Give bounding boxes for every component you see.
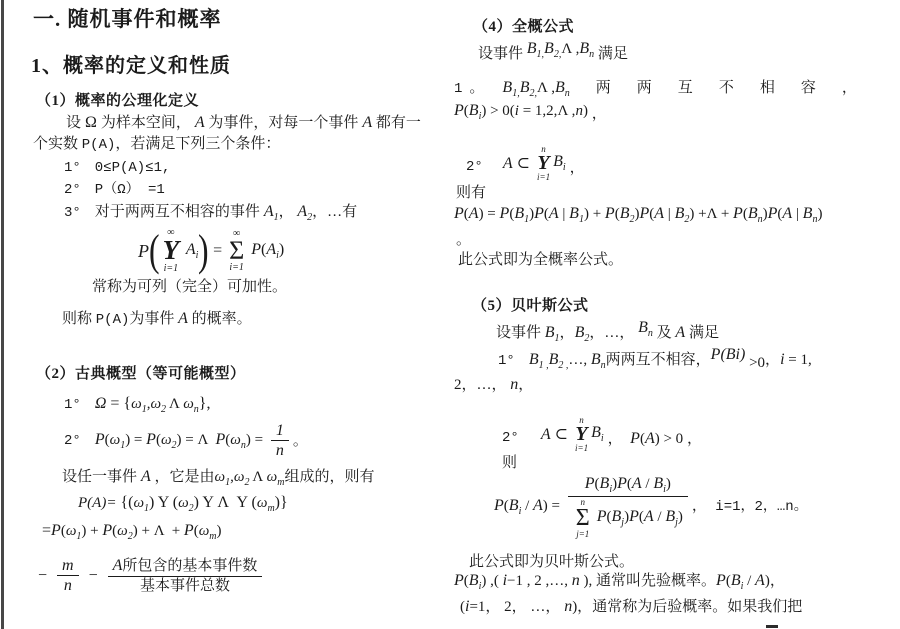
cutoff-character-mark: [766, 625, 778, 628]
page-left-border: [1, 0, 4, 629]
bayes-tail: ， i=1，2，…n。: [692, 497, 808, 517]
left-paren: (: [149, 231, 160, 271]
event-count-fraction: A所包含的基本事件数 基本事件总数: [108, 557, 263, 595]
union-operator-stack: n Y i=1: [575, 416, 588, 453]
union-operator-stack: ∞ Y i=1: [163, 228, 180, 274]
bayes-formula: P(Bi / A) = P(Bi)P(A / Bi) n Σ j=1 P(Bj)…: [494, 471, 808, 543]
bayes-condition-1-wrap: 2，…， n，: [454, 375, 533, 395]
classical-item-2: 2° P(ω1) = P(ω2) = Λ P(ωn) = 1 n 。: [64, 419, 308, 463]
countable-additivity-formula: P ( ∞ Y i=1 Ai ) = ∞ Σ i=1 P(Ai): [138, 224, 284, 278]
wrapped-period: 。: [456, 231, 471, 250]
right-paren: ): [198, 231, 209, 271]
union-operator: Y: [163, 238, 180, 264]
dash-1: −: [38, 566, 47, 586]
classical-probability-result: − m n − A所包含的基本事件数 基本事件总数: [38, 550, 266, 602]
classical-model-heading: （2）古典概型（等可能概型）: [36, 365, 246, 384]
item-marker: 2°: [502, 430, 519, 454]
then-have-label: 则有: [456, 184, 486, 203]
sigma-operator: Σ: [229, 239, 244, 264]
bayes-fraction: P(Bi)P(A / Bi) n Σ j=1 P(Bj)P(A / Bj): [568, 475, 688, 538]
sum-expansion-line: =P(ω1) + P(ω2) + Λ + P(ωm): [42, 521, 222, 544]
probability-conclusion: 则称 P(A)为事件 A 的概率。: [62, 309, 252, 330]
limit-bottom: j=1: [576, 530, 589, 539]
sigma-operator-stack: ∞ Σ i=1: [229, 229, 244, 274]
bayes-events-line: 设事件 B1，B2，…， Bn 及 A 满足: [496, 323, 719, 346]
then-label: 则: [502, 454, 517, 473]
equals-sign: =: [209, 241, 226, 261]
formula-arg: Ai: [182, 240, 198, 263]
limit-bottom: i=1: [537, 173, 550, 182]
posterior-probability-line: (i=1， 2， …， n)，通常称为后验概率。如果我们把: [460, 597, 802, 617]
doc-title: 一. 随机事件和概率: [33, 6, 222, 32]
tp-condition-1: 1。B1,B2,Λ ,Bn两两互不相容，: [454, 78, 857, 101]
bayes-condition-1: 1° B1 ,B2 ,…, Bn两两互不相容，P(Bi) >0，i = 1,: [498, 350, 812, 373]
additivity-caption: 常称为可列（完全）可加性。: [92, 278, 287, 297]
tp-positivity-line: P(Bi) > 0(i = 1,2,Λ ,n) ，: [454, 101, 607, 124]
union-operator: Y: [537, 154, 549, 173]
total-probability-heading: （4）全概公式: [473, 18, 574, 37]
one-over-n-fraction: 1 n: [271, 422, 289, 461]
union-expansion-line: P(A)= {(ω1) Y (ω2) Y Λ Y (ωm)}: [78, 493, 288, 516]
limit-bottom: i=1: [164, 264, 179, 274]
limit-bottom: i=1: [575, 444, 588, 453]
total-probability-formula: P(A) = P(B1)P(A | B1) + P(B2)P(A | B2) +…: [454, 204, 822, 227]
bayes-note: 此公式即为贝叶斯公式。: [469, 553, 634, 572]
m-over-n-fraction: m n: [57, 557, 79, 596]
subset-union-formula: A ⊂ n Y i=1 Bi: [541, 416, 604, 453]
axiom-item-2: 2° P（Ω） =1: [64, 180, 165, 200]
section-1-title: 1、概率的定义和性质: [31, 54, 231, 79]
tp-condition-2: 2° A ⊂ n Y i=1 Bi ，: [466, 126, 585, 182]
bayes-lhs: P(Bi / A) =: [494, 496, 564, 519]
union-operator: Y: [575, 425, 587, 444]
prior-probability-line: P(Bi) ,( i−1 , 2 ,…, n ), 通常叫先验概率。P(Bi /…: [454, 571, 785, 594]
total-probability-note: 此公式即为全概率公式。: [458, 251, 623, 270]
tp-events-line: 设事件 B1,B2,Λ ,Bn 满足: [478, 44, 628, 67]
axiom-intro-line-2: 个实数 P(A)，若满足下列三个条件：: [33, 135, 280, 155]
item-marker: 2°: [466, 159, 483, 183]
axiom-item-1: 1° 0≤P(A)≤1,: [64, 158, 170, 178]
subset-union-formula: A ⊂ n Y i=1 Bi: [503, 145, 566, 182]
axiom-intro-line-1: 设 Ω 为样本空间， A 为事件，对每一个事件 A 都有一: [66, 113, 421, 133]
formula-p: P: [138, 240, 149, 263]
union-operator-stack: n Y i=1: [537, 145, 550, 182]
event-composition-line: 设任一事件 A ，它是由ω1,ω2 Λ ωm组成的，则有: [62, 467, 374, 490]
classical-item-1: 1° Ω = {ω1,ω2 Λ ωn},: [64, 394, 210, 417]
sigma-operator: Σ: [576, 507, 590, 530]
axiom-item-3: 3° 对于两两互不相容的事件 A1， A2，…有: [64, 202, 357, 225]
sigma-operator-stack: n Σ j=1: [576, 498, 590, 539]
limit-bottom: i=1: [229, 263, 244, 273]
bayes-condition-2: 2° A ⊂ n Y i=1 Bi ， P(A) > 0 ，: [502, 397, 702, 453]
formula-rhs: P(Ai): [247, 240, 284, 263]
document-page: 一. 随机事件和概率 1、概率的定义和性质 （1）概率的公理化定义 设 Ω 为样…: [0, 0, 900, 629]
axiom-heading: （1）概率的公理化定义: [36, 92, 199, 111]
dash-2: −: [89, 566, 98, 586]
bayes-heading: （5）贝叶斯公式: [472, 297, 589, 316]
equal-prob-run: 2° P(ω1) = P(ω2) = Λ P(ωn) =: [64, 430, 267, 453]
